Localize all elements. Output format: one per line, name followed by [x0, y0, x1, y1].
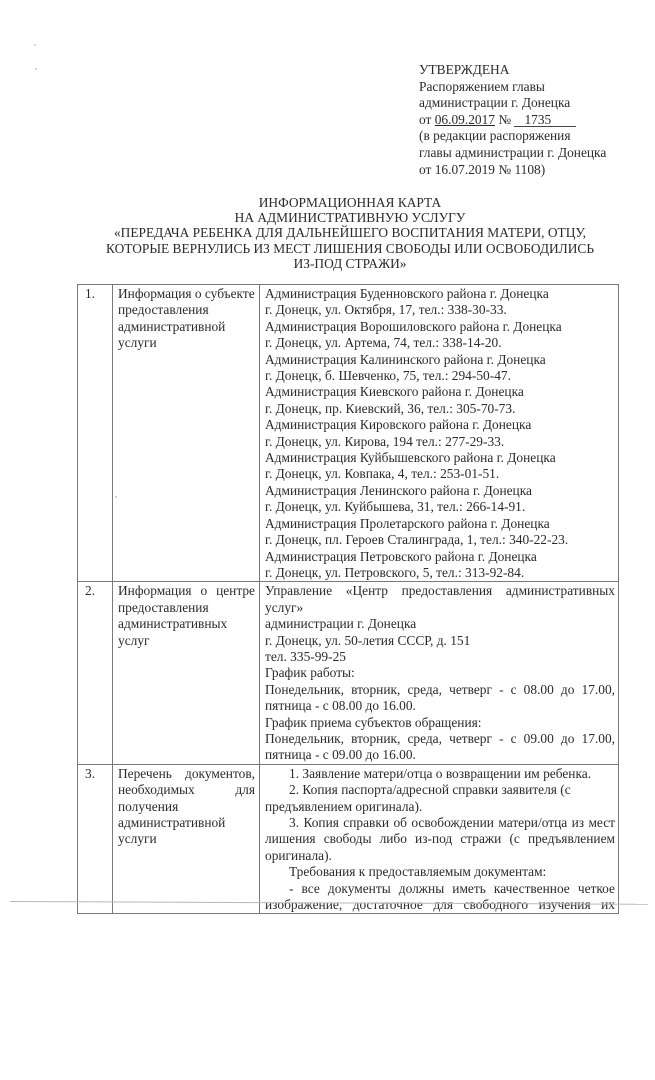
district-admin: Администрация Кировского района г. Донец…	[265, 417, 615, 433]
district-admin: Администрация Петровского района г. Доне…	[265, 549, 615, 565]
requirements-heading: Требования к предоставляемым документам:	[265, 864, 615, 880]
approval-number: 1735	[514, 113, 576, 127]
district-address: г. Донецк, ул. Кирова, 194 тел.: 277-29-…	[265, 434, 615, 450]
info-card-table: 1. Информация о субъекте предоставления …	[77, 284, 619, 914]
row-label: Информация о субъекте предоставления адм…	[113, 285, 260, 582]
row-content: Администрация Буденновского района г. До…	[260, 285, 619, 582]
reception-schedule-heading: График приема субъектов обращения:	[265, 715, 615, 731]
center-admin: администрации г. Донецка	[265, 616, 615, 632]
approval-line-2: администрации г. Донецка	[419, 95, 639, 112]
district-admin: Администрация Пролетарского района г. До…	[265, 516, 615, 532]
title-line-4: КОТОРЫЕ ВЕРНУЛИСЬ ИЗ МЕСТ ЛИШЕНИЯ СВОБОД…	[40, 241, 655, 256]
label-line: административных	[118, 616, 255, 632]
center-name: Управление «Центр предоставления админис…	[265, 583, 615, 616]
district-admin: Администрация Куйбышевского района г. До…	[265, 450, 615, 466]
edition-line-2: главы администрации г. Донецка	[419, 145, 639, 162]
requirement-item: - все документы должны иметь качественно…	[265, 881, 615, 914]
label-line: услуг	[118, 633, 255, 649]
reception-schedule-weekdays: Понедельник, вторник, среда, четверг - с…	[265, 731, 615, 747]
row-number: 3.	[78, 764, 113, 914]
document-item: 3. Копия справки об освобождении матери/…	[265, 815, 615, 864]
work-schedule-weekdays: Понедельник, вторник, среда, четверг - с…	[265, 682, 615, 698]
edition-line-1: (в редакции распоряжения	[419, 128, 639, 145]
work-schedule-heading: График работы:	[265, 665, 615, 681]
table-row: 1. Информация о субъекте предоставления …	[78, 285, 619, 582]
scan-speck	[34, 44, 36, 46]
district-address: г. Донецк, б. Шевченко, 75, тел.: 294-50…	[265, 368, 615, 384]
district-admin: Администрация Калининского района г. Дон…	[265, 352, 615, 368]
district-admin: Администрация Буденновского района г. До…	[265, 286, 615, 302]
table-row: 3. Перечень документов, необходимых для …	[78, 764, 619, 914]
district-address: г. Донецк, ул. Куйбышева, 31, тел.: 266-…	[265, 499, 615, 515]
title-line-1: ИНФОРМАЦИОННАЯ КАРТА	[40, 195, 655, 210]
row-content: Управление «Центр предоставления админис…	[260, 582, 619, 764]
approval-block: УТВЕРЖДЕНА Распоряжением главы администр…	[419, 62, 639, 178]
reception-schedule-friday: пятница - с 09.00 до 16.00.	[265, 747, 615, 763]
district-address: г. Донецк, пр. Киевский, 36, тел.: 305-7…	[265, 401, 615, 417]
number-sign: №	[495, 112, 514, 127]
district-admin: Администрация Киевского района г. Донецк…	[265, 384, 615, 400]
table-row: 2. Информация о центре предоставления ад…	[78, 582, 619, 764]
row-label: Информация о центре предоставления админ…	[113, 582, 260, 764]
label-line: Информация о центре	[118, 583, 255, 599]
label-line: получения	[118, 799, 255, 815]
scan-speck	[35, 68, 37, 70]
approval-date-line: от 06.09.2017 № 1735	[419, 112, 639, 129]
district-address: г. Донецк, ул. Ковпака, 4, тел.: 253-01-…	[265, 466, 615, 482]
district-admin: Администрация Ленинского района г. Донец…	[265, 483, 615, 499]
center-address: г. Донецк, ул. 50-летия СССР, д. 151	[265, 633, 615, 649]
approval-line-1: Распоряжением главы	[419, 79, 639, 96]
label-line: административной	[118, 815, 255, 831]
title-line-5: ИЗ-ПОД СТРАЖИ»	[40, 256, 655, 271]
approval-heading: УТВЕРЖДЕНА	[419, 62, 639, 79]
district-address: г. Донецк, пл. Героев Сталинграда, 1, те…	[265, 532, 615, 548]
label-line: услуги	[118, 335, 255, 351]
document-item: 2. Копия паспорта/адресной справки заяви…	[265, 782, 615, 815]
document-item: 1. Заявление матери/отца о возвращении и…	[265, 766, 615, 782]
district-address: г. Донецк, ул. Октября, 17, тел.: 338-30…	[265, 302, 615, 318]
edition-line-3: от 16.07.2019 № 1108)	[419, 162, 639, 179]
center-phone: тел. 335-99-25	[265, 649, 615, 665]
title-line-2: НА АДМИНИСТРАТИВНУЮ УСЛУГУ	[40, 210, 655, 225]
label-line: необходимых для	[118, 782, 255, 798]
date-prefix: от	[419, 112, 435, 127]
row-label: Перечень документов, необходимых для пол…	[113, 764, 260, 914]
label-line: Информация о субъекте	[118, 286, 255, 302]
district-address: г. Донецк, ул. Артема, 74, тел.: 338-14-…	[265, 335, 615, 351]
title-line-3: «ПЕРЕДАЧА РЕБЕНКА ДЛЯ ДАЛЬНЕЙШЕГО ВОСПИТ…	[40, 225, 655, 240]
row-content: 1. Заявление матери/отца о возвращении и…	[260, 764, 619, 914]
scan-speck	[115, 496, 117, 498]
document-title: ИНФОРМАЦИОННАЯ КАРТА НА АДМИНИСТРАТИВНУЮ…	[40, 195, 655, 271]
district-address: г. Донецк, ул. Петровского, 5, тел.: 313…	[265, 565, 615, 581]
label-line: предоставления	[118, 600, 255, 616]
label-line: Перечень документов,	[118, 766, 255, 782]
label-line: услуги	[118, 831, 255, 847]
label-line: предоставления	[118, 302, 255, 318]
approval-date: 06.09.2017	[435, 112, 495, 127]
row-number: 2.	[78, 582, 113, 764]
row-number: 1.	[78, 285, 113, 582]
work-schedule-friday: пятница - с 08.00 до 16.00.	[265, 698, 615, 714]
label-line: административной	[118, 319, 255, 335]
district-admin: Администрация Ворошиловского района г. Д…	[265, 319, 615, 335]
